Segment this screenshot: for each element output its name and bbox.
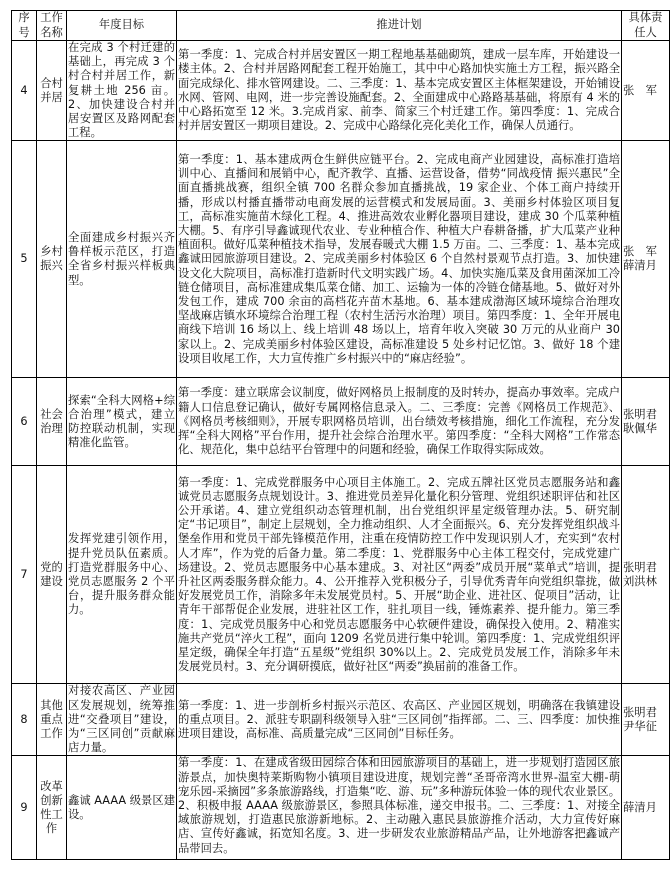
row-plan: 第一季度：1、基本建成两仓生鲜供应链平台。2、完成电商产业园建设，高标准打造培训… [177,141,622,378]
row-index: 5 [12,141,37,378]
table-row: 5 乡村振兴 全面建成乡村振兴齐鲁样板示范区，打造全省乡村振兴样板典型。 第一季… [12,141,670,378]
row-work-name: 改革创新性工作 [37,756,67,860]
row-owner: 张 军 [622,41,670,141]
row-owner: 张 军 薛清月 [622,141,670,378]
row-plan: 第一季度：1、进一步剖析乡村振兴示范区、农高区、产业园区规划，明确落在我镇建设的… [177,684,622,756]
row-work-name: 社会治理 [37,378,67,466]
header-plan: 推进计划 [177,11,622,41]
table-row: 6 社会治理 探索“全科大网格+综合治理”模式，建立防控联动机制，实现精准化监管… [12,378,670,466]
table-row: 7 党的建设 发挥党建引领作用，提升党员队伍素质。打造党群服务中心、党员志愿服务… [12,466,670,684]
header-index: 序号 [12,11,37,41]
row-plan: 第一季度：建立联席会议制度，做好网格员上报制度的及时转办，提高办事效率。完成户籍… [177,378,622,466]
row-annual-goal: 在完成 3 个村迁建的基础上，再完成 3 个村合村并居工作，新复耕土地 256 … [67,41,177,141]
row-work-name: 党的建设 [37,466,67,684]
row-annual-goal: 全面建成乡村振兴齐鲁样板示范区，打造全省乡村振兴样板典型。 [67,141,177,378]
row-index: 6 [12,378,37,466]
work-plan-table: 序号 工作名称 年度目标 推进计划 具体责任人 4 合村并居 在完成 3 个村迁… [11,10,670,860]
row-owner: 张明君 耿佩华 [622,378,670,466]
table-row: 4 合村并居 在完成 3 个村迁建的基础上，再完成 3 个村合村并居工作，新复耕… [12,41,670,141]
row-annual-goal: 发挥党建引领作用，提升党员队伍素质。打造党群服务中心、党员志愿服务 2 个平台，… [67,466,177,684]
header-work-name: 工作名称 [37,11,67,41]
row-index: 8 [12,684,37,756]
row-index: 7 [12,466,37,684]
row-work-name: 乡村振兴 [37,141,67,378]
row-plan: 第一季度：1、完成合村并居安置区一期工程地基基础砌筑，建成一层车库，开始建设一楼… [177,41,622,141]
row-annual-goal: 鑫诚 AAAA 级景区建设。 [67,756,177,860]
table-row: 9 改革创新性工作 鑫诚 AAAA 级景区建设。 第一季度：1、在建成省级田园综… [12,756,670,860]
row-work-name: 合村并居 [37,41,67,141]
row-annual-goal: 对接农高区、产业园区发展规划，统筹推进“交叠项目”建设，为“三区同创”贡献麻店力… [67,684,177,756]
row-work-name: 其他重点工作 [37,684,67,756]
row-plan: 第一季度：1、在建成省级田园综合体和田园旅游项目的基础上，进一步规划打造园区旅游… [177,756,622,860]
header-annual-goal: 年度目标 [67,11,177,41]
row-plan: 第一季度：1、完成党群服务中心项目主体施工。2、完成五牌社区党员志愿服务站和鑫诚… [177,466,622,684]
row-owner: 张明君 尹华征 [622,684,670,756]
row-index: 4 [12,41,37,141]
row-annual-goal: 探索“全科大网格+综合治理”模式，建立防控联动机制，实现精准化监管。 [67,378,177,466]
table-row: 8 其他重点工作 对接农高区、产业园区发展规划，统筹推进“交叠项目”建设，为“三… [12,684,670,756]
row-owner: 张明君 刘洪林 [622,466,670,684]
table-header-row: 序号 工作名称 年度目标 推进计划 具体责任人 [12,11,670,41]
row-owner: 薛清月 [622,756,670,860]
row-index: 9 [12,756,37,860]
header-owner: 具体责任人 [622,11,670,41]
